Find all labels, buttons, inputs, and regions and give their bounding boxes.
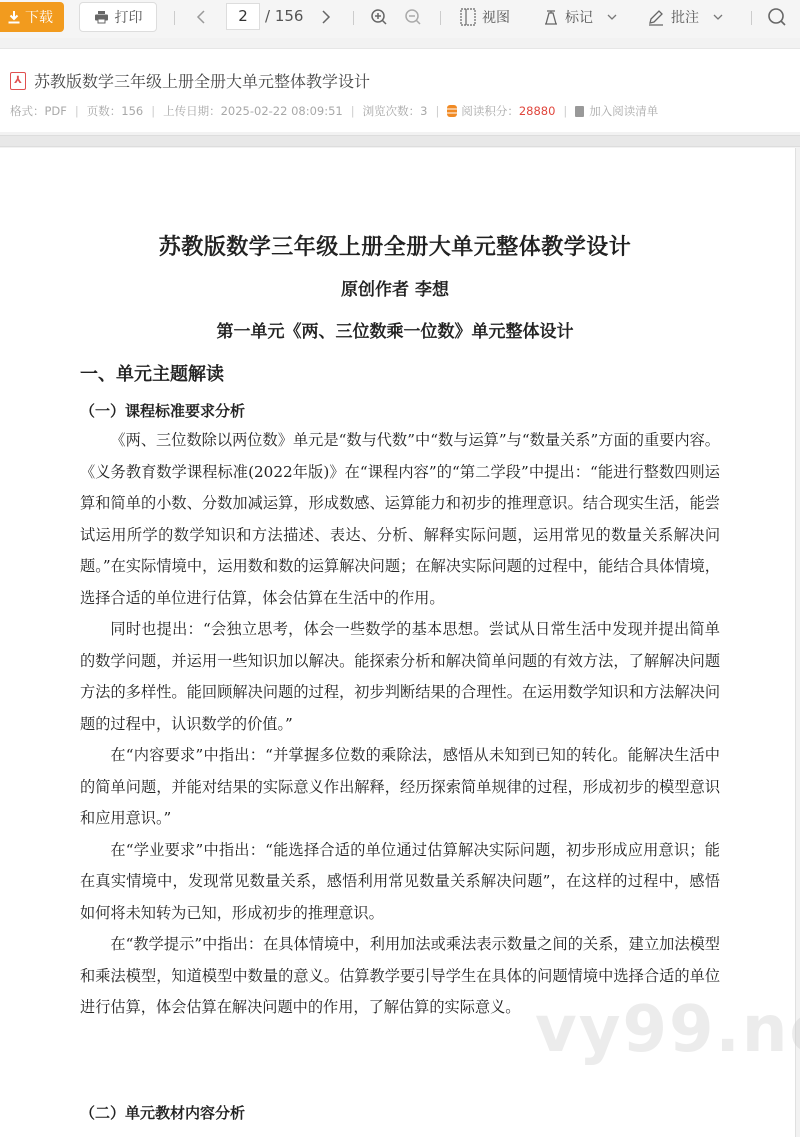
body-text: 《两、三位数除以两位数》单元是“数与代数”中“数与运算”与“数量关系”方面的重要… [80, 425, 720, 1024]
document-title-row: ⅄ 苏教版数学三年级上册全册大单元整体教学设计 [10, 69, 370, 92]
score-value: 28880 [519, 104, 556, 118]
meta-divider: | [563, 104, 567, 118]
printer-icon [94, 10, 109, 24]
download-button[interactable]: 下载 [0, 2, 64, 32]
next-page-button[interactable] [320, 6, 332, 28]
paragraph: 在“学业要求”中指出：“能选择合适的单位通过估算解决实际问题，初步形成应用意识；… [80, 835, 720, 930]
search-icon [767, 7, 787, 27]
toolbar-divider [174, 11, 175, 25]
watermark: vy99.net [535, 993, 800, 1067]
download-icon [7, 10, 21, 24]
zoom-out-button[interactable] [404, 6, 422, 28]
chevron-left-icon [195, 9, 207, 25]
toolbar-divider [440, 11, 441, 25]
highlighter-icon [543, 8, 559, 26]
add-reading-list-button[interactable]: 加入阅读清单 [575, 103, 658, 119]
viewer-toolbar: 下载 打印 2 / 156 视图 标记 批注 [0, 0, 800, 38]
mark-label: 标记 [565, 7, 593, 27]
paragraph: 同时也提出：“会独立思考，体会一些数学的基本思想。尝试从日常生活中发现并提出简单… [80, 614, 720, 740]
document-title: 苏教版数学三年级上册全册大单元整体教学设计 [34, 69, 370, 92]
pdf-icon: ⅄ [10, 72, 26, 90]
add-reading-list-label: 加入阅读清单 [589, 103, 658, 119]
pen-icon [647, 8, 665, 26]
zoom-out-icon [404, 8, 422, 26]
upload-date: 上传日期：2025-02-22 08:09:51 [163, 103, 343, 119]
print-button[interactable]: 打印 [79, 2, 157, 32]
meta-divider: | [151, 104, 155, 118]
subsection-heading: （二）单元教材内容分析 [80, 1102, 245, 1123]
toolbar-divider [353, 11, 354, 25]
chevron-down-icon[interactable] [713, 13, 723, 21]
print-label: 打印 [115, 7, 143, 27]
page-separator [0, 135, 800, 147]
chevron-right-icon [320, 9, 332, 25]
view-count: 浏览次数：3 [363, 103, 428, 119]
download-label: 下载 [25, 7, 53, 27]
meta-divider: | [435, 104, 439, 118]
meta-divider: | [75, 104, 79, 118]
document-info-card: ⅄ 苏教版数学三年级上册全册大单元整体教学设计 格式：PDF | 页数：156 … [0, 48, 800, 132]
annotate-label: 批注 [671, 7, 699, 27]
mark-button[interactable]: 标记 [543, 6, 617, 28]
format-info: 格式：PDF [10, 103, 67, 119]
view-label: 视图 [482, 7, 510, 27]
page-number-input[interactable]: 2 [226, 3, 260, 30]
paragraph: 在“内容要求”中指出：“并掌握多位数的乘除法，感悟从未知到已知的转化。能解决生活… [80, 740, 720, 835]
document-author: 原创作者 李想 [0, 275, 790, 300]
zoom-in-button[interactable] [370, 6, 388, 28]
pages-info: 页数：156 [87, 103, 143, 119]
annotate-button[interactable]: 批注 [647, 6, 723, 28]
coins-icon [447, 105, 457, 117]
document-meta: 格式：PDF | 页数：156 | 上传日期：2025-02-22 08:09:… [10, 103, 658, 119]
section-heading: 一、单元主题解读 [80, 360, 224, 386]
chevron-down-icon[interactable] [607, 13, 617, 21]
prev-page-button[interactable] [195, 6, 207, 28]
view-layout-icon [460, 8, 476, 26]
clipboard-icon [575, 106, 584, 117]
document-heading: 苏教版数学三年级上册全册大单元整体教学设计 [0, 230, 790, 261]
zoom-in-icon [370, 8, 388, 26]
unit-title: 第一单元《两、三位数乘一位数》单元整体设计 [0, 317, 790, 342]
score-label: 阅读积分： [461, 103, 519, 119]
meta-divider: | [351, 104, 355, 118]
view-button[interactable]: 视图 [460, 6, 510, 28]
search-button[interactable] [767, 6, 787, 28]
subsection-heading: （一）课程标准要求分析 [80, 400, 245, 421]
paragraph: 《两、三位数除以两位数》单元是“数与代数”中“数与运算”与“数量关系”方面的重要… [80, 425, 720, 614]
page-total: / 156 [265, 7, 303, 25]
document-page: 苏教版数学三年级上册全册大单元整体教学设计 原创作者 李想 第一单元《两、三位数… [0, 148, 796, 1137]
toolbar-divider [751, 11, 752, 25]
